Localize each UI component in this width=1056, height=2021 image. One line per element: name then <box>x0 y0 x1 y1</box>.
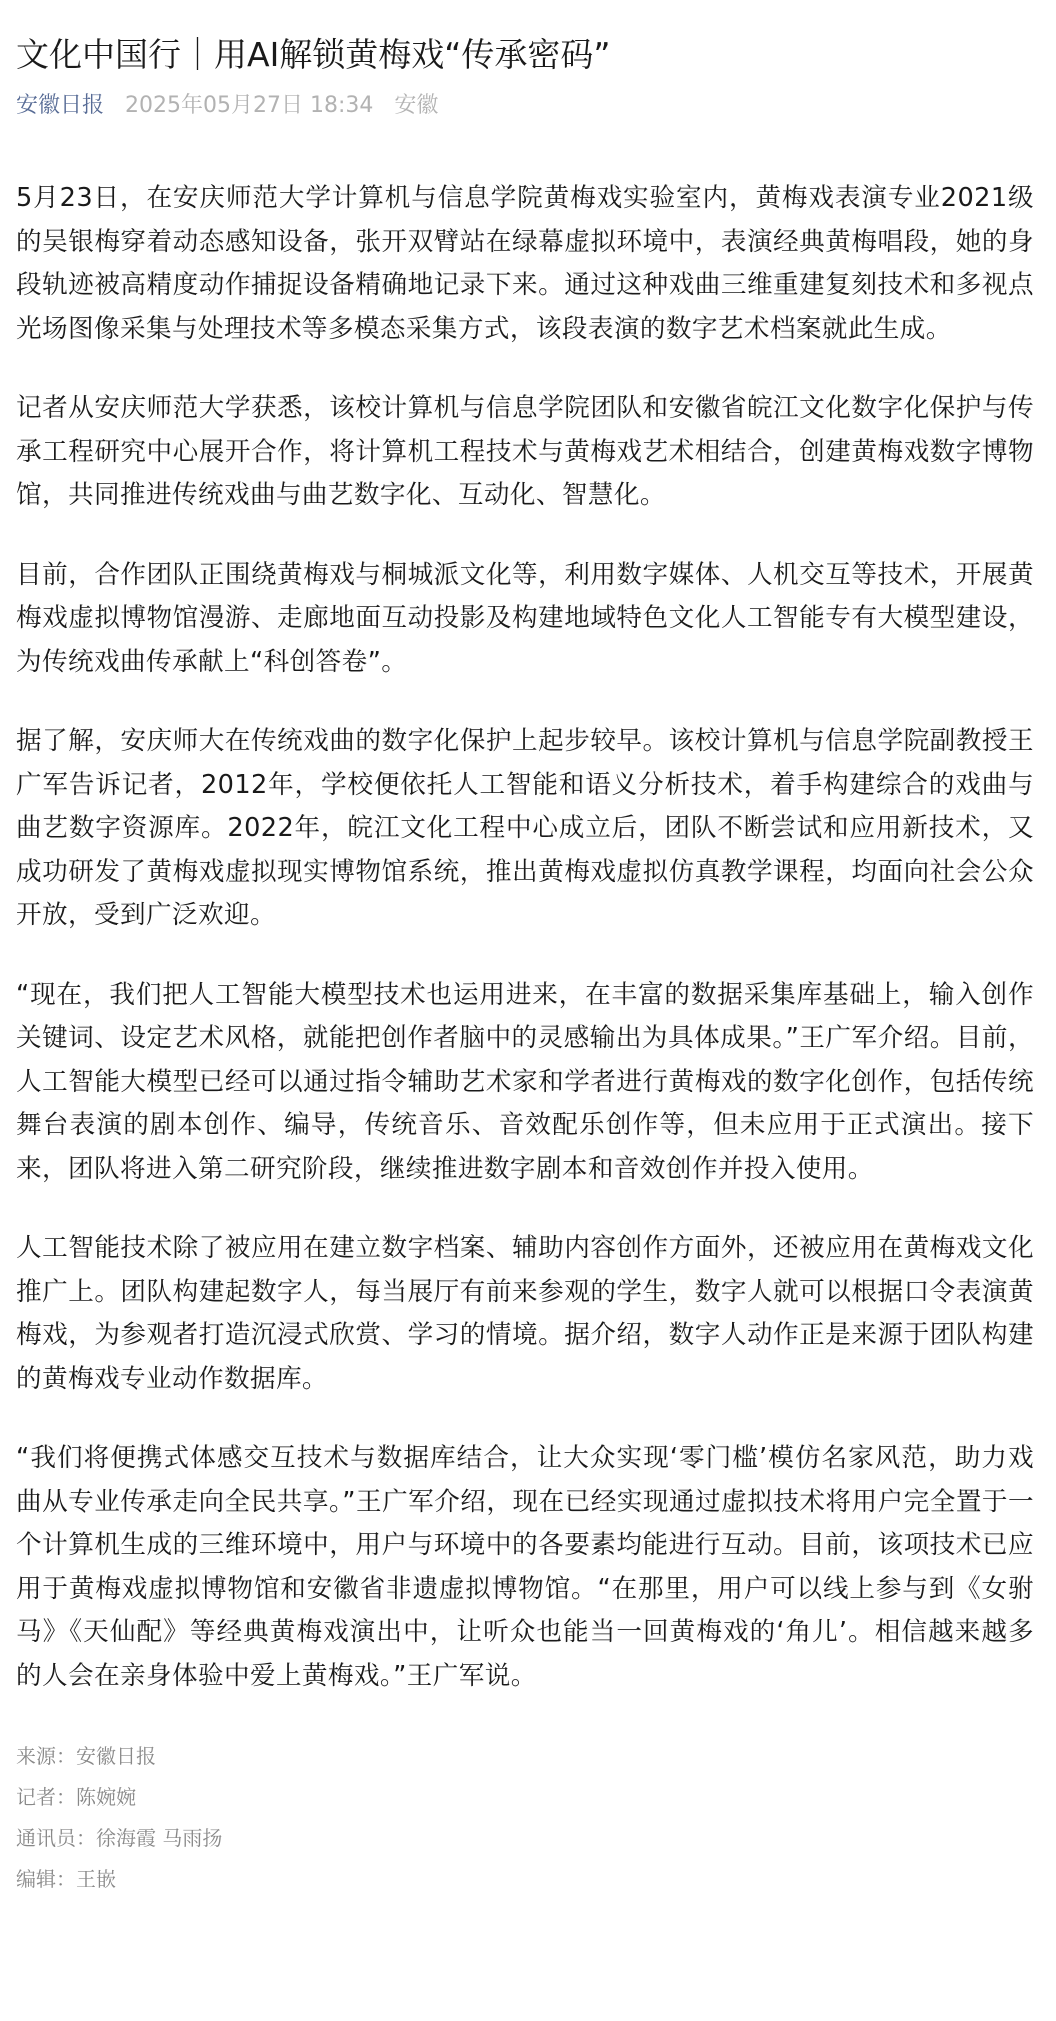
paragraph: 据了解，安庆师大在传统戏曲的数字化保护上起步较早。该校计算机与信息学院副教授王广… <box>16 720 1034 938</box>
paragraph: “我们将便携式体感交互技术与数据库结合，让大众实现‘零门槛’模仿名家风范，助力戏… <box>16 1437 1034 1698</box>
publish-datetime: 2025年05月27日 18:34 <box>125 93 373 118</box>
paragraph: 人工智能技术除了被应用在建立数字档案、辅助内容创作方面外，还被应用在黄梅戏文化推… <box>16 1227 1034 1401</box>
credit-correspondents: 通讯员：徐海霞 马雨扬 <box>16 1818 1034 1859</box>
article-meta: 安徽日报 2025年05月27日 18:34 安徽 <box>16 89 1034 123</box>
article-credits: 来源：安徽日报 记者：陈婉婉 通讯员：徐海霞 马雨扬 编辑：王嵌 <box>16 1736 1034 1900</box>
paragraph: 记者从安庆师范大学获悉，该校计算机与信息学院团队和安徽省皖江文化数字化保护与传承… <box>16 387 1034 518</box>
article-body: 5月23日，在安庆师范大学计算机与信息学院黄梅戏实验室内，黄梅戏表演专业2021… <box>16 177 1034 1698</box>
publish-region: 安徽 <box>394 93 438 118</box>
credit-editor: 编辑：王嵌 <box>16 1859 1034 1900</box>
paragraph: 目前，合作团队正围绕黄梅戏与桐城派文化等，利用数字媒体、人机交互等技术，开展黄梅… <box>16 554 1034 685</box>
article-title: 文化中国行｜用AI解锁黄梅戏“传承密码” <box>16 0 1034 77</box>
credit-source: 来源：安徽日报 <box>16 1736 1034 1777</box>
paragraph: “现在，我们把人工智能大模型技术也运用进来，在丰富的数据采集库基础上，输入创作关… <box>16 974 1034 1192</box>
credit-reporter: 记者：陈婉婉 <box>16 1777 1034 1818</box>
paragraph: 5月23日，在安庆师范大学计算机与信息学院黄梅戏实验室内，黄梅戏表演专业2021… <box>16 177 1034 351</box>
source-account-link[interactable]: 安徽日报 <box>16 93 104 118</box>
